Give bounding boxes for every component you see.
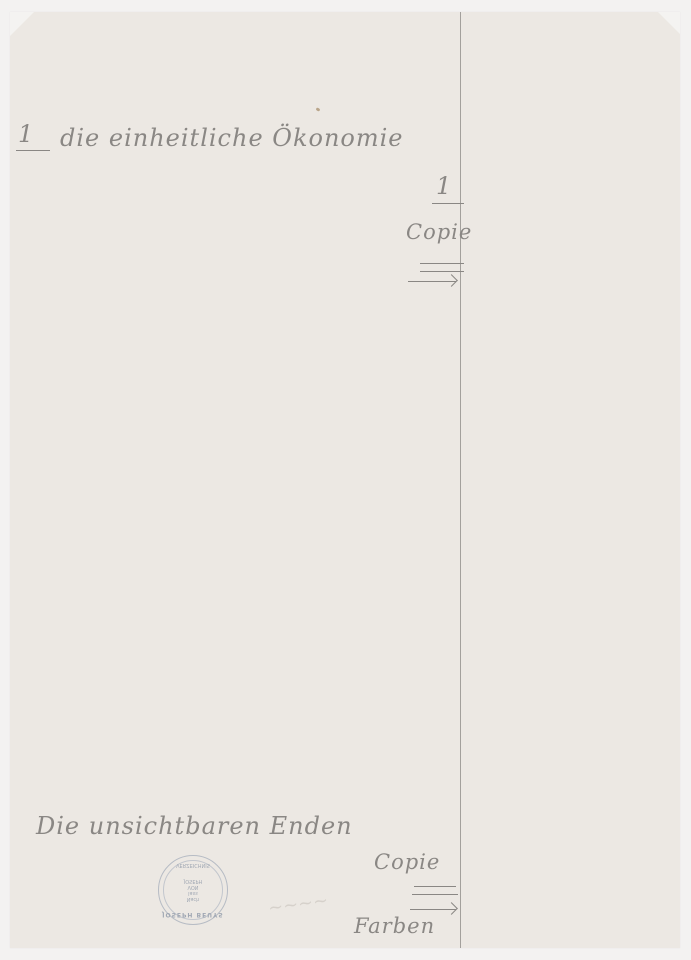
estate-stamp: JOSEPH BEUYS Nach lass VON JOSEPH VERZEI… xyxy=(158,855,228,925)
double-line-1 xyxy=(420,263,464,264)
number-underline xyxy=(16,150,50,151)
arrow-right-icon xyxy=(408,281,456,282)
section-number-1: 1 xyxy=(18,120,34,148)
stamp-middle-text: Nach lass VON JOSEPH xyxy=(159,878,227,902)
stamp-line: Nach xyxy=(159,896,227,902)
paper-sheet: 1 die einheitliche Ökonomie 1 Copie Die … xyxy=(10,12,680,948)
double-line-2 xyxy=(420,271,464,272)
stamp-line: VON xyxy=(159,884,227,890)
corner-mount-top-left xyxy=(10,12,34,36)
margin-number-underline xyxy=(432,203,464,204)
faint-erased-signature: ~~~~ xyxy=(267,890,330,919)
margin-number-1: 1 xyxy=(436,172,452,200)
stamp-line: JOSEPH xyxy=(159,878,227,884)
margin-label-farben: Farben xyxy=(354,914,435,938)
corner-mount-top-right xyxy=(658,12,680,34)
bottom-heading: Die unsichtbaren Enden xyxy=(36,812,353,840)
stamp-bottom-text: VERZEICHNIS xyxy=(159,862,227,868)
top-heading: die einheitliche Ökonomie xyxy=(60,124,403,152)
margin-label-copie-bottom: Copie xyxy=(374,850,440,874)
stamp-top-text: JOSEPH BEUYS xyxy=(159,911,227,918)
margin-label-copie-top: Copie xyxy=(406,220,472,244)
vertical-pencil-line xyxy=(460,12,461,948)
paper-blemish xyxy=(316,107,321,112)
double-line-4 xyxy=(412,894,458,895)
double-line-3 xyxy=(414,886,456,887)
arrow-right-icon xyxy=(410,909,456,910)
stamp-line: lass xyxy=(159,890,227,896)
